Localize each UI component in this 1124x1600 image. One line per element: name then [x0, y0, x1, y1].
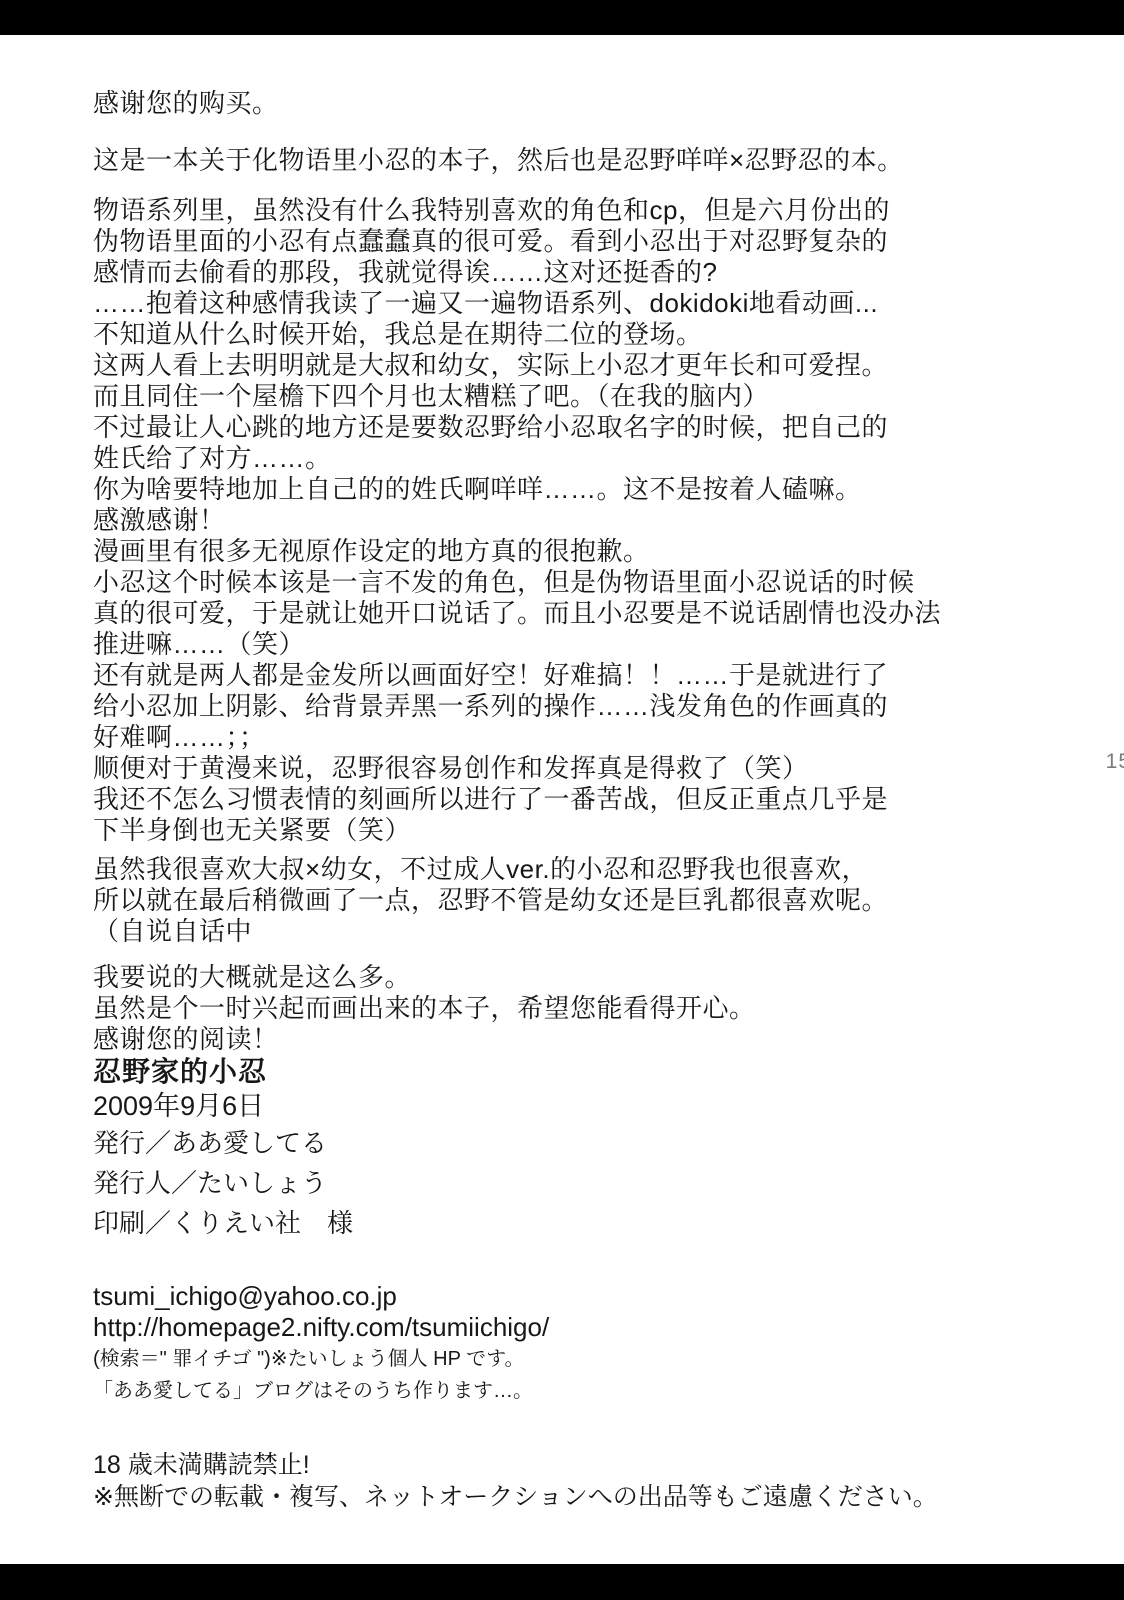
afterword-line: 给小忍加上阴影、给背景弄黑一系列的操作……浅发角色的作画真的: [93, 691, 1096, 722]
afterword-line: 姓氏给了对方……。: [93, 443, 1096, 474]
afterword-line: 伪物语里面的小忍有点蠢蠢真的很可爱。看到小忍出于对忍野复杂的: [93, 226, 1096, 257]
afterword-line: 不过最让人心跳的地方还是要数忍野给小忍取名字的时候，把自己的: [93, 412, 1096, 443]
scan-edge-top: [0, 0, 1124, 35]
blog-note: 「ああ愛してる」ブログはそのうち作ります…。: [93, 1375, 1096, 1407]
reproduction-notice: ※無断での転載・複写、ネットオークションへの出品等もご遠慮ください。: [93, 1481, 1096, 1513]
scan-edge-bottom: [0, 1564, 1124, 1600]
afterword-line: 感谢您的购买。: [93, 88, 1096, 119]
afterword-line: （自说自话中: [93, 916, 1096, 947]
afterword-line: 虽然我很喜欢大叔×幼女，不过成人ver.的小忍和忍野我也很喜欢，: [93, 854, 1096, 885]
afterword-line: 感谢您的阅读！: [93, 1024, 1096, 1055]
afterword-line: 我还不怎么习惯表情的刻画所以进行了一番苦战，但反正重点几乎是: [93, 784, 1096, 815]
afterword-line: 顺便对于黄漫来说，忍野很容易创作和发挥真是得救了（笑）: [93, 753, 1096, 784]
afterword-line: 物语系列里，虽然没有什么我特别喜欢的角色和cp，但是六月份出的: [93, 195, 1096, 226]
book-title: 忍野家的小忍: [93, 1055, 1096, 1089]
afterword-line: 下半身倒也无关紧要（笑）: [93, 815, 1096, 846]
afterword-line: 虽然是个一时兴起而画出来的本子，希望您能看得开心。: [93, 993, 1096, 1024]
afterword-line: 你为啥要特地加上自己的的姓氏啊咩咩……。这不是按着人磕嘛。: [93, 474, 1096, 505]
scanned-afterword-page: 15 感谢您的购买。 这是一本关于化物语里小忍的本子，然后也是忍野咩咩×忍野忍的…: [0, 0, 1124, 1600]
afterword-line: 这两人看上去明明就是大叔和幼女，实际上小忍才更年长和可爱捏。: [93, 350, 1096, 381]
afterword-line: 小忍这个时候本该是一言不发的角色，但是伪物语里面小忍说话的时候: [93, 567, 1096, 598]
age-restriction-notice: 18 歳未満購読禁止!: [93, 1449, 1096, 1481]
paragraph-main-commentary: 物语系列里，虽然没有什么我特别喜欢的角色和cp，但是六月份出的 伪物语里面的小忍…: [93, 195, 1096, 846]
publisher-circle: 発行／ああ愛してる: [93, 1123, 1096, 1163]
publication-date: 2009年9月6日: [93, 1089, 1096, 1123]
afterword-line: 而且同住一个屋檐下四个月也太糟糕了吧。（在我的脑内）: [93, 381, 1096, 412]
afterword-line: 好难啊……；；: [93, 722, 1096, 753]
afterword-line: 感情而去偷看的那段，我就觉得诶……这对还挺香的?: [93, 257, 1096, 288]
afterword-line: 漫画里有很多无视原作设定的地方真的很抱歉。: [93, 536, 1096, 567]
contact-block: tsumi_ichigo@yahoo.co.jp http://homepage…: [93, 1281, 1096, 1407]
colophon-block: 忍野家的小忍 2009年9月6日 発行／ああ愛してる 発行人／たいしょう 印刷／…: [93, 1055, 1096, 1243]
afterword-line: ……抱着这种感情我读了一遍又一遍物语系列、dokidoki地看动画...: [93, 288, 1096, 319]
page-number: 15: [1106, 750, 1124, 774]
publisher-person: 発行人／たいしょう: [93, 1163, 1096, 1203]
afterword-line: 感激感谢！: [93, 505, 1096, 536]
afterword-line: 这是一本关于化物语里小忍的本子，然后也是忍野咩咩×忍野忍的本。: [93, 145, 1096, 176]
paragraph-adult-version: 虽然我很喜欢大叔×幼女，不过成人ver.的小忍和忍野我也很喜欢， 所以就在最后稍…: [93, 854, 1096, 947]
afterword-line: 推进嘛……（笑）: [93, 629, 1096, 660]
paragraph-closing-thanks: 我要说的大概就是这么多。 虽然是个一时兴起而画出来的本子，希望您能看得开心。 感…: [93, 962, 1096, 1055]
homepage-url: http://homepage2.nifty.com/tsumiichigo/: [93, 1312, 1096, 1343]
afterword-line: 真的很可爱，于是就让她开口说话了。而且小忍要是不说话剧情也没办法: [93, 598, 1096, 629]
email-address: tsumi_ichigo@yahoo.co.jp: [93, 1281, 1096, 1312]
afterword-line: 所以就在最后稍微画了一点，忍野不管是幼女还是巨乳都很喜欢呢。: [93, 885, 1096, 916]
afterword-line: 不知道从什么时候开始，我总是在期待二位的登场。: [93, 319, 1096, 350]
paragraph-book-intro: 这是一本关于化物语里小忍的本子，然后也是忍野咩咩×忍野忍的本。: [93, 145, 1096, 176]
paragraph-purchase-thanks: 感谢您的购买。: [93, 88, 1096, 119]
printer-name: 印刷／くりえい社 様: [93, 1203, 1096, 1243]
search-note: (検索＝" 罪イチゴ ")※たいしょう個人 HP です。: [93, 1343, 1096, 1375]
warning-block: 18 歳未満購読禁止! ※無断での転載・複写、ネットオークションへの出品等もご遠…: [93, 1449, 1096, 1513]
afterword-line: 我要说的大概就是这么多。: [93, 962, 1096, 993]
afterword-line: 还有就是两人都是金发所以画面好空！好难搞！！……于是就进行了: [93, 660, 1096, 691]
afterword-content: 感谢您的购买。 这是一本关于化物语里小忍的本子，然后也是忍野咩咩×忍野忍的本。 …: [93, 88, 1096, 1513]
